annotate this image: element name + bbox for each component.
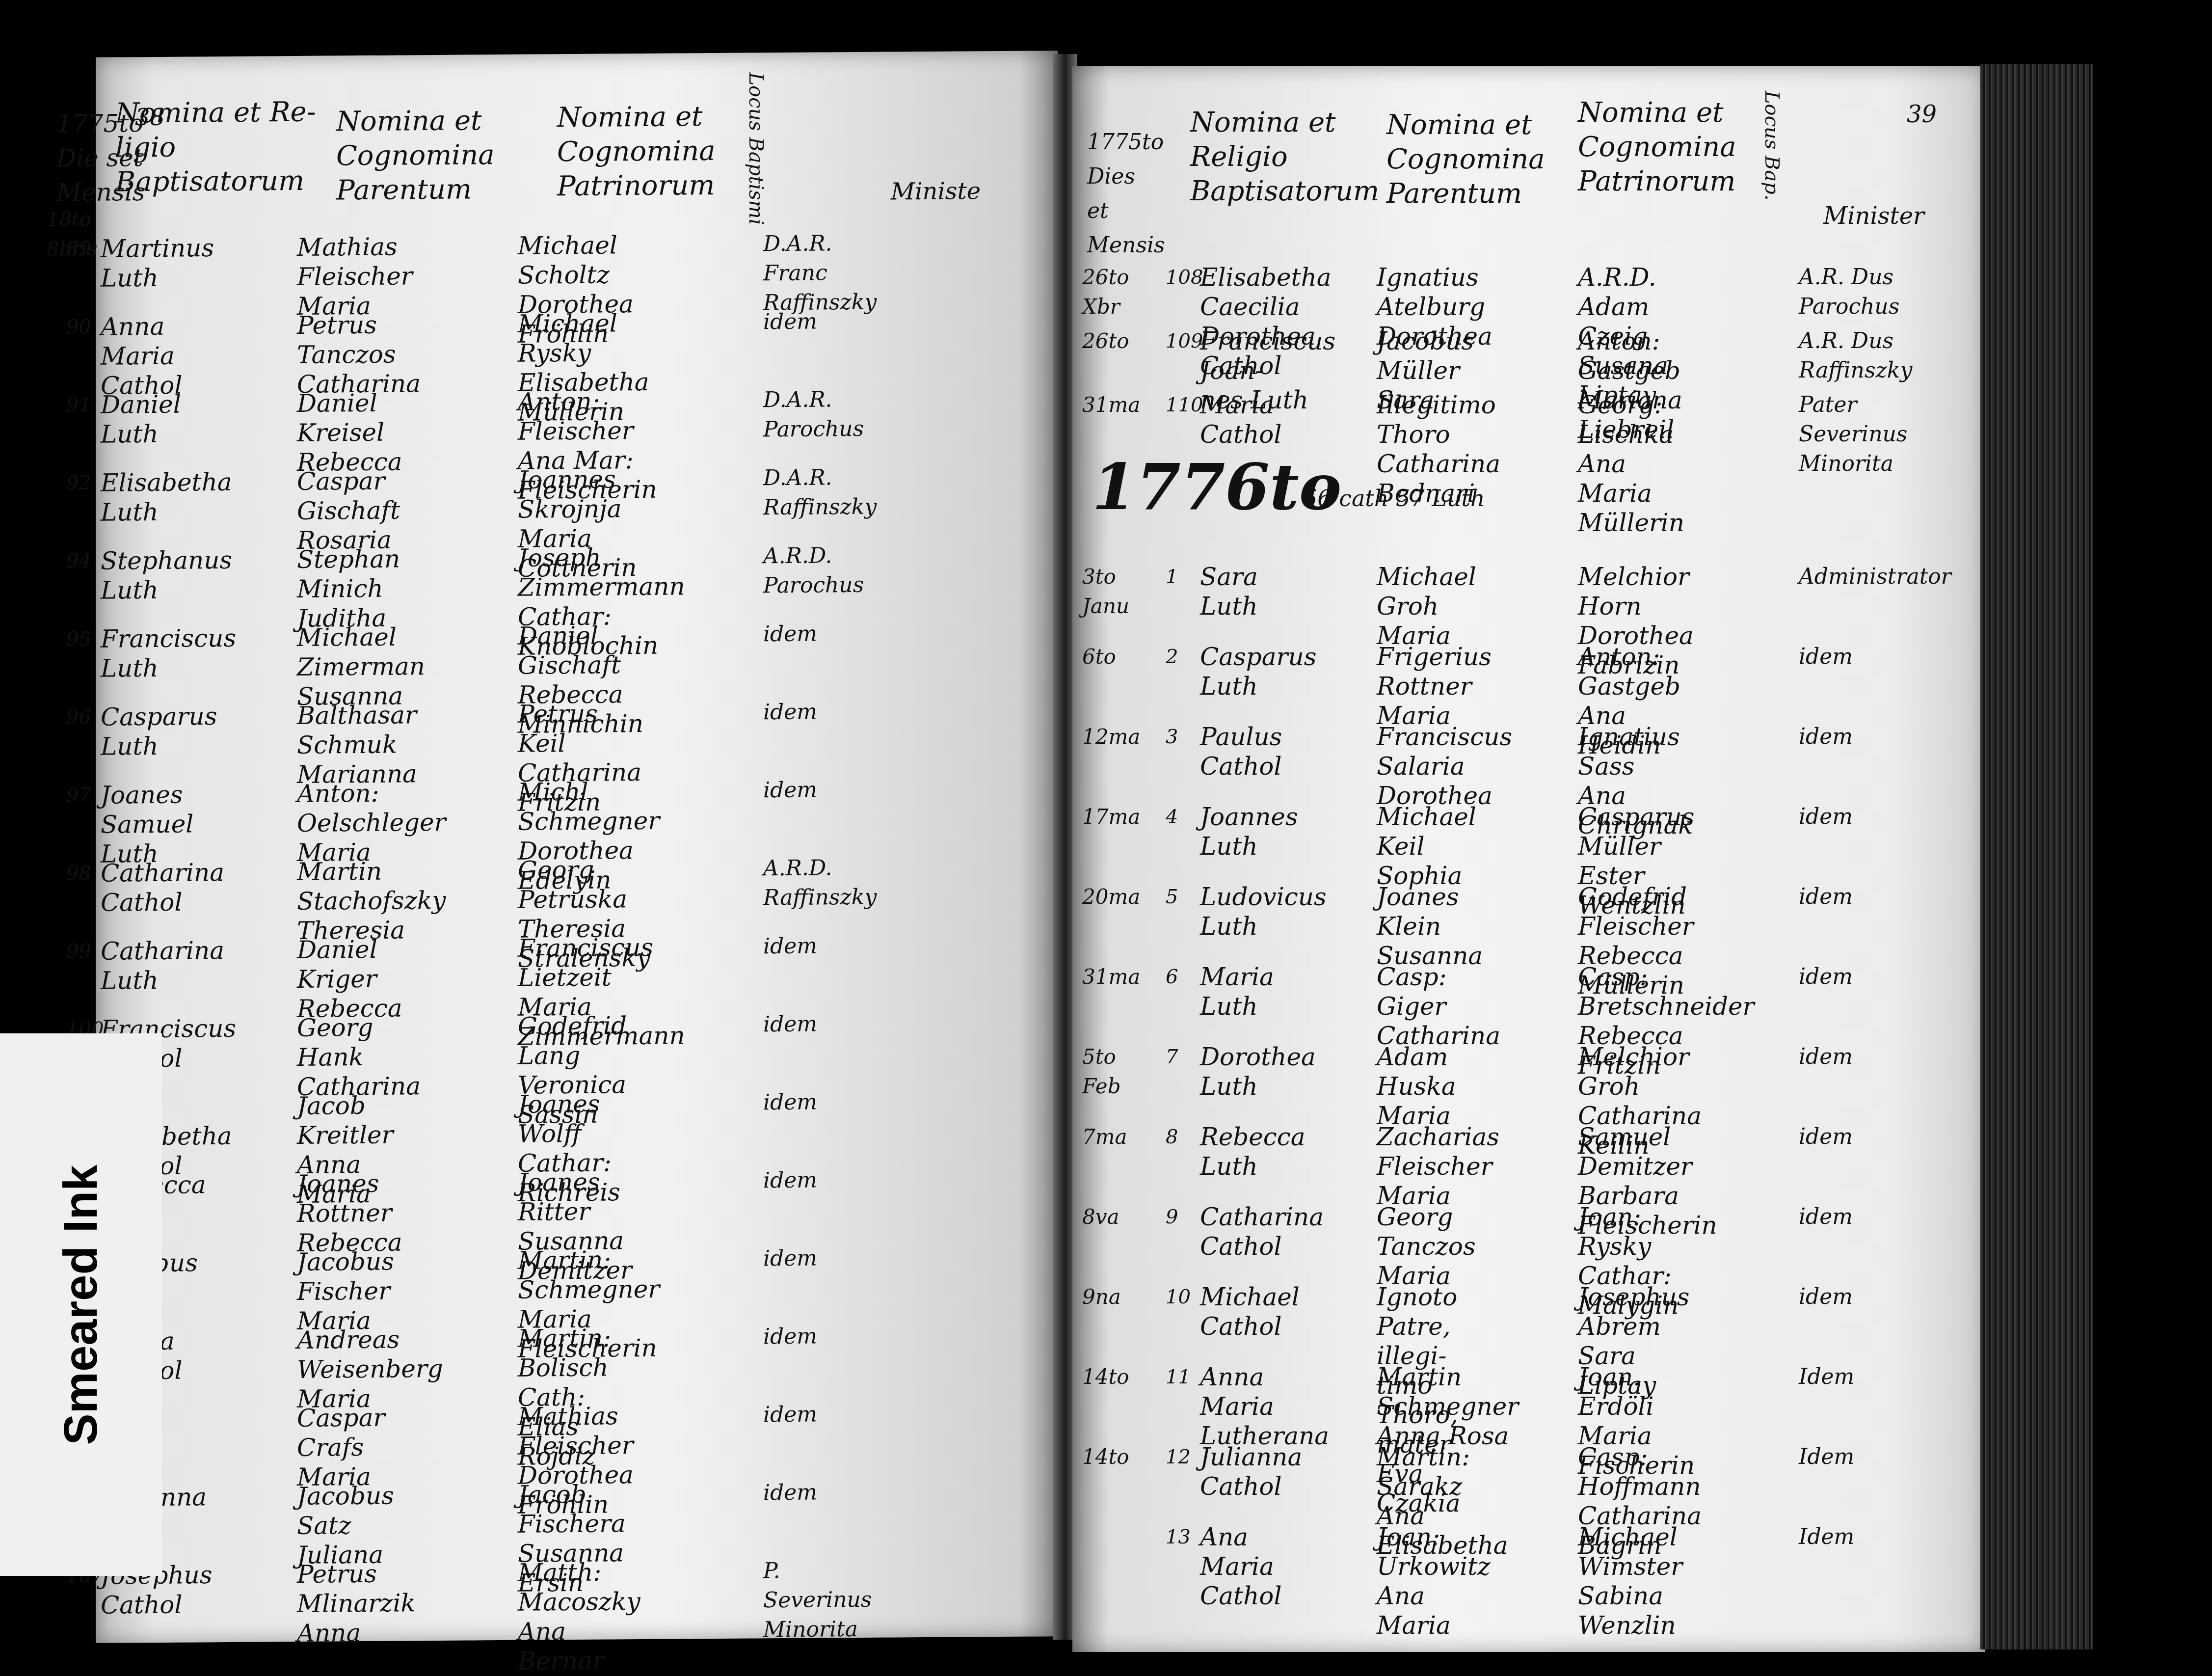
entry-child-name: Michael Cathol <box>1200 1282 1300 1341</box>
entry-minister: A.R.D. Raffinszky <box>763 853 877 913</box>
entry-godparents: Matth: Macoszky Ana Bernar <box>518 1557 640 1676</box>
open-register-book: 38 1775to Die set Mensis Nomina et Re- l… <box>96 54 2083 1640</box>
entry-number: 110 <box>1166 390 1203 420</box>
entry-parents: Georg Hank Catharina <box>297 1012 421 1102</box>
entry-minister: idem <box>1799 1122 1853 1152</box>
entry-date: 9na <box>1082 1282 1121 1312</box>
entry-child-name: Catharina Cathol <box>1200 1202 1324 1261</box>
left-header-locus: Locus Baptismi <box>739 72 773 225</box>
entry-child-name: Daniel Luth <box>101 390 181 449</box>
entry-date: 20ma <box>1082 882 1140 912</box>
entry-date: 26to Xbr <box>1082 263 1129 322</box>
entry-child-name: Stephanus Luth <box>101 545 232 605</box>
entry-parents: Joanes Rottner Rebecca <box>297 1168 402 1257</box>
entry-child-name: Franciscus Luth <box>101 623 236 683</box>
entry-child-name: Paulus Cathol <box>1200 722 1282 781</box>
entry-number: 3 <box>1166 722 1178 752</box>
entry-parents: Mathias Fleischer Maria <box>297 232 413 321</box>
entry-child-name: Sara Luth <box>1200 562 1258 621</box>
right-header-parents: Nomina et Cognomina Parentum <box>1386 108 1545 211</box>
entry-parents: Anton: Oelschleger Maria <box>297 778 446 867</box>
right-header-godparents: Nomina et Cognomina Patrinorum <box>1578 96 1736 199</box>
right-folio-number: 39 <box>1907 101 1937 128</box>
entry-minister: A.R. Dus Raffinszky <box>1799 326 1912 385</box>
entry-number: 7 <box>1166 1042 1178 1072</box>
entry-child-name: Elisabetha Luth <box>101 467 232 527</box>
entry-minister: idem <box>763 1166 817 1196</box>
entry-minister: idem <box>1799 802 1853 832</box>
entry-child-name: Joannes Luth <box>1200 802 1298 861</box>
entry-minister: idem <box>763 698 817 728</box>
entry-parents: Joan: Urkowitz Ana Maria <box>1377 1522 1491 1640</box>
entry-minister: D.A.R. Raffinszky <box>763 463 877 523</box>
entry-child-name: Ludovicus Luth <box>1200 882 1327 941</box>
entry-child-name: Maria Cathol <box>1200 390 1281 449</box>
entry-child-name: Dorothea Luth <box>1200 1042 1316 1101</box>
degradation-label: Smeared Ink <box>0 1033 162 1576</box>
entry-number: 5 <box>1166 882 1178 912</box>
left-header-parents: Nomina et Cognomina Parentum <box>336 104 495 208</box>
entry-number: 89 <box>66 234 101 264</box>
entry-minister: idem <box>763 620 817 649</box>
entry-minister: Idem <box>1799 1442 1854 1472</box>
entry-date: 17ma <box>1082 802 1140 832</box>
entry-parents: Martin Stachofszky Theresia <box>297 856 446 946</box>
entry-date: 31ma <box>1082 390 1140 420</box>
entry-child-name: Anna Maria Cathol <box>101 312 182 401</box>
left-header-child: Nomina et Re- ligio Baptisatorum <box>115 95 316 200</box>
entry-parents: Caspar Crafs Maria <box>297 1403 385 1492</box>
entry-minister: Administrator <box>1799 562 1951 592</box>
entry-date: 6to <box>1082 642 1116 672</box>
entry-parents: Daniel Kreisel Rebecca <box>297 388 402 477</box>
entry-parents: Michael Keil Sophia <box>1377 802 1476 891</box>
entry-number: 8 <box>1166 1122 1178 1152</box>
left-page: 38 1775to Die set Mensis Nomina et Re- l… <box>96 51 1058 1643</box>
entry-number: 2 <box>1166 642 1178 672</box>
entry-parents: Balthasar Schmuk Marianna <box>297 700 417 789</box>
entry-number: 10 <box>1166 1282 1191 1312</box>
page-edges <box>1980 64 2093 1649</box>
entry-minister: idem <box>763 1322 817 1352</box>
entry-number: 4 <box>1166 802 1178 832</box>
entry-parents: Michael Zimerman Susanna <box>297 622 425 711</box>
entry-number: 11 <box>1166 1362 1191 1392</box>
entry-minister: idem <box>763 1400 817 1430</box>
entry-child-name: Anna Maria Lutherana <box>1200 1362 1329 1451</box>
entry-child-name: Martinus Luth <box>101 233 214 293</box>
entry-child-name: Casparus Luth <box>101 702 217 761</box>
entry-parents: Daniel Kriger Rebecca <box>297 934 402 1023</box>
entry-minister: idem <box>1799 962 1853 992</box>
entry-minister: idem <box>763 1244 817 1274</box>
entry-parents: Petrus Mlinarzik Anna <box>297 1559 416 1648</box>
entry-date: 14to <box>1082 1362 1129 1392</box>
entry-number: 109 <box>1166 326 1203 356</box>
entry-minister: idem <box>763 1478 817 1508</box>
entry-minister: D.A.R. Franc Raffinszky <box>763 229 877 318</box>
entry-minister: idem <box>763 776 817 806</box>
entry-number: 98 <box>66 859 101 888</box>
entry-minister: idem <box>1799 1042 1853 1072</box>
entry-godparents: Georg: Lischka Ana Maria Müllerin <box>1578 390 1684 538</box>
entry-number: 13 <box>1166 1522 1191 1552</box>
entry-number: 91 <box>66 390 101 420</box>
entry-child-name: Catharina Cathol <box>101 858 224 918</box>
entry-number: 99 <box>66 937 101 966</box>
entry-godparents: Michael Wimster Sabina Wenzlin <box>1578 1522 1682 1640</box>
entry-minister: idem <box>763 1010 817 1040</box>
entry-parents: Andreas Weisenberg Maria <box>297 1325 443 1414</box>
right-header-child: Nomina et Religio Baptisatorum <box>1190 106 1379 209</box>
entry-minister: idem <box>1799 882 1853 912</box>
entry-parents: Casp: Giger Catharina <box>1377 962 1500 1051</box>
entry-minister: A.R.D. Parochus <box>763 541 864 600</box>
entry-number: 9 <box>1166 1202 1178 1232</box>
entry-date: 5to Feb <box>1082 1042 1121 1101</box>
entry-parents: Joanes Klein Susanna <box>1377 882 1483 971</box>
entry-date: 26to <box>1082 326 1129 356</box>
entry-minister: Idem <box>1799 1522 1854 1552</box>
entry-minister: idem <box>1799 1282 1853 1312</box>
entry-number: 108 <box>1166 263 1203 292</box>
right-page: 39 1775to Dies et Mensis Nomina et Relig… <box>1072 66 1985 1652</box>
entry-parents: Frigerius Rottner Maria <box>1377 642 1492 730</box>
entry-number: 94 <box>66 546 101 576</box>
entry-date: 12ma <box>1082 722 1140 752</box>
entry-parents: Georg Tanczos Maria <box>1377 1202 1476 1291</box>
entry-number: 90 <box>66 312 101 342</box>
entry-child-name: Casparus Luth <box>1200 642 1316 701</box>
entry-number: 95 <box>66 624 101 654</box>
left-header-godparents: Nomina et Cognomina Patrinorum <box>557 100 716 204</box>
entry-date: 7ma <box>1082 1122 1127 1152</box>
entry-number: 92 <box>66 468 101 498</box>
entry-date: 14to <box>1082 1442 1129 1472</box>
entry-date: 3to Janu <box>1082 562 1129 621</box>
entry-minister: idem <box>763 932 817 962</box>
entry-number: 12 <box>1166 1442 1191 1472</box>
entry-parents: Adam Huska Maria <box>1377 1042 1456 1131</box>
entry-number: 96 <box>66 703 101 732</box>
year-count-note: 56 cath 57 Luth <box>1303 484 1485 513</box>
entry-parents: Martin Schmegner Anna Rosa <box>1377 1362 1519 1451</box>
degradation-label-text: Smeared Ink <box>54 1164 108 1445</box>
right-header-date: 1775to Dies et Mensis <box>1087 125 1165 263</box>
entry-minister: idem <box>763 1088 817 1118</box>
entry-number: 6 <box>1166 962 1178 992</box>
entry-date: 8va <box>1082 1202 1119 1232</box>
entry-parents: Caspar Gischaft Rosaria <box>297 466 400 555</box>
entry-minister: idem <box>1799 642 1853 672</box>
entry-minister: D.A.R. Parochus <box>763 385 864 444</box>
left-header-minister: Ministe <box>891 174 981 209</box>
entry-child-name: Catharina Luth <box>101 936 224 996</box>
right-header-locus: Locus Bap. <box>1755 91 1789 201</box>
entry-number: 97 <box>66 781 101 810</box>
entry-minister: idem <box>763 307 817 337</box>
entry-child-name: Ana Maria Cathol <box>1200 1522 1281 1611</box>
entry-parents: Franciscus Salaria Dorothea <box>1377 722 1512 811</box>
entry-number: 1 <box>1166 562 1178 592</box>
entry-date: 31ma <box>1082 962 1140 992</box>
entry-minister: A.R. Dus Parochus <box>1799 263 1899 322</box>
entry-parents: Michael Groh Maria <box>1377 562 1476 650</box>
entry-child-name: Maria Luth <box>1200 962 1274 1021</box>
entry-parents: Jacobus Fischer Maria <box>297 1247 394 1336</box>
entry-parents: Zacharias Fleischer Maria <box>1377 1122 1499 1211</box>
left-entries: 18to 8bris89Martinus LuthMathias Fleisch… <box>96 51 1058 57</box>
entry-child-name: Julianna Cathol <box>1200 1442 1302 1501</box>
right-header-minister: Minister <box>1823 199 1924 233</box>
entry-parents: Jacobus Satz Juliana <box>297 1481 394 1570</box>
entry-minister: Pater Severinus Minorita <box>1799 390 1907 479</box>
entry-parents: Stephan Minich Juditha <box>297 544 400 633</box>
entry-parents: Petrus Tanczos Catharina <box>297 310 421 399</box>
entry-minister: Idem <box>1799 1362 1854 1392</box>
entry-child-name: Rebecca Luth <box>1200 1122 1306 1181</box>
entry-child-name: Joanes Samuel Luth <box>101 780 193 868</box>
entry-minister: idem <box>1799 1202 1853 1232</box>
entry-minister: P. Severinus Minorita <box>763 1556 872 1645</box>
entry-minister: idem <box>1799 722 1853 752</box>
